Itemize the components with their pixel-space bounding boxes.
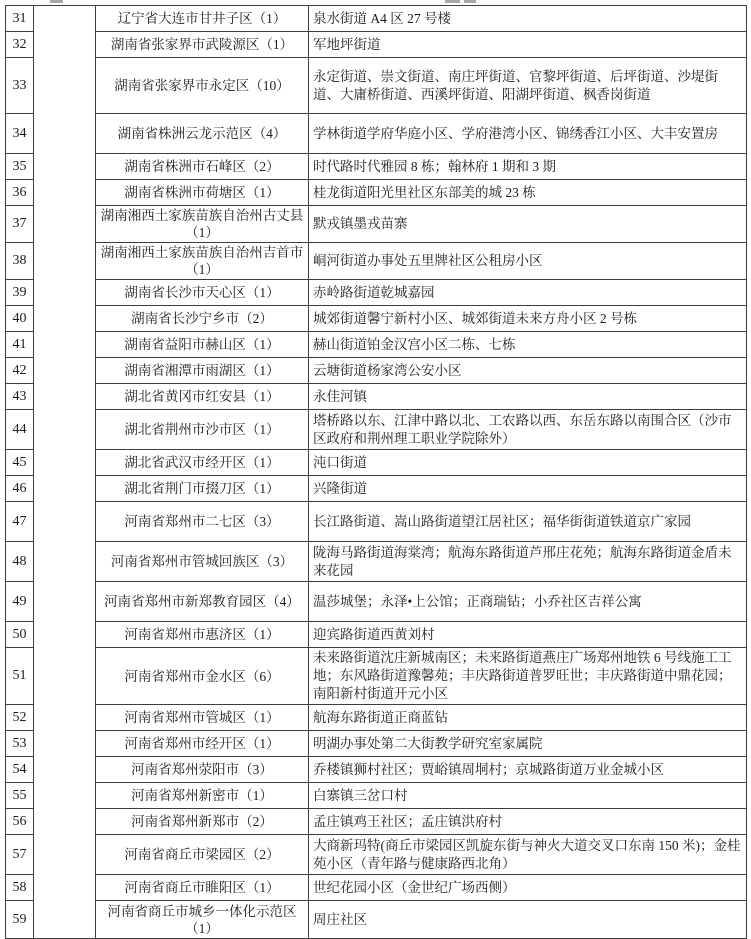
table-row: 47 河南省郑州市二七区（3） 长江路街道、嵩山路街道望江居社区；福华街街道铁道… bbox=[6, 502, 747, 542]
table-row: 39 湖南省长沙市天心区（1） 赤岭路街道乾城嘉园 bbox=[6, 280, 747, 306]
table-row: 48 河南省郑州市管城回族区（3） 陇海马路街道海棠湾；航海东路街道芦邢庄花苑；… bbox=[6, 542, 747, 582]
row-number: 43 bbox=[6, 384, 34, 410]
locations-cell: 时代路时代雅园 8 栋；翰林府 1 期和 3 期 bbox=[309, 154, 747, 180]
row-number: 53 bbox=[6, 731, 34, 757]
locations-cell: 云塘街道杨家湾公安小区 bbox=[309, 358, 747, 384]
row-number: 59 bbox=[6, 901, 34, 939]
region-cell: 河南省郑州市金水区（6） bbox=[96, 648, 309, 705]
locations-cell: 陇海马路街道海棠湾；航海东路街道芦邢庄花苑；航海东路街道金盾未来花园 bbox=[309, 542, 747, 582]
region-cell: 河南省郑州市管城回族区（3） bbox=[96, 542, 309, 582]
region-cell: 河南省商丘市梁园区（2） bbox=[96, 835, 309, 875]
locations-cell: 明湖办事处第二大街教学研究室家属院 bbox=[309, 731, 747, 757]
region-cell: 湖北省武汉市经开区（1） bbox=[96, 450, 309, 476]
table-row: 35 湖南省株洲市石峰区（2） 时代路时代雅园 8 栋；翰林府 1 期和 3 期 bbox=[6, 154, 747, 180]
table-row: 41 湖南省益阳市赫山区（1） 赫山街道铂金汉宫小区二栋、七栋 bbox=[6, 332, 747, 358]
row-number: 45 bbox=[6, 450, 34, 476]
table-row: 57 河南省商丘市梁园区（2） 大商新玛特(商丘市梁园区凯旋东街与神火大道交叉口… bbox=[6, 835, 747, 875]
table-row: 33 湖南省张家界市永定区（10） 永定街道、崇文街道、南庄坪街道、官黎坪街道、… bbox=[6, 58, 747, 114]
document-page: 31 辽宁省大连市甘井子区（1） 泉水街道 A4 区 27 号楼 32 湖南省张… bbox=[0, 0, 751, 929]
clipped-text-fragment bbox=[445, 0, 460, 3]
table-row: 59 河南省商丘市城乡一体化示范区（1） 周庄社区 bbox=[6, 901, 747, 939]
locations-cell: 未来路街道沈庄新城南区；未来路街道燕庄广场郑州地铁 6 号线施工工地；东风路街道… bbox=[309, 648, 747, 705]
region-cell: 辽宁省大连市甘井子区（1） bbox=[96, 6, 309, 32]
table-row: 54 河南省郑州荥阳市（3） 乔楼镇狮村社区；贾峪镇周垌村；京城路街道万业金城小… bbox=[6, 757, 747, 783]
row-number: 40 bbox=[6, 306, 34, 332]
table-row: 38 湖南湘西土家族苗族自治州吉首市（1） 峒河街道办事处五里牌社区公租房小区 bbox=[6, 243, 747, 280]
locations-cell: 世纪花园小区（金世纪广场西侧） bbox=[309, 875, 747, 901]
locations-cell: 白寨镇三岔口村 bbox=[309, 783, 747, 809]
table-row: 37 湖南湘西土家族苗族自治州古丈县（1） 默戎镇墨戎苗寨 bbox=[6, 206, 747, 243]
region-cell: 河南省郑州市惠济区（1） bbox=[96, 622, 309, 648]
locations-cell: 赫山街道铂金汉宫小区二栋、七栋 bbox=[309, 332, 747, 358]
locations-cell: 城郊街道馨宁新村小区、城郊街道未来方舟小区 2 号栋 bbox=[309, 306, 747, 332]
table-row: 43 湖北省黄冈市红安县（1） 永佳河镇 bbox=[6, 384, 747, 410]
locations-cell: 默戎镇墨戎苗寨 bbox=[309, 206, 747, 243]
region-cell: 河南省郑州市经开区（1） bbox=[96, 731, 309, 757]
locations-cell: 塔桥路以东、江津中路以北、工农路以西、东岳东路以南围合区（沙市区政府和荆州理工职… bbox=[309, 410, 747, 450]
region-cell: 河南省郑州荥阳市（3） bbox=[96, 757, 309, 783]
locations-cell: 孟庄镇鸡王社区；孟庄镇洪府村 bbox=[309, 809, 747, 835]
row-number: 55 bbox=[6, 783, 34, 809]
risk-area-table: 31 辽宁省大连市甘井子区（1） 泉水街道 A4 区 27 号楼 32 湖南省张… bbox=[5, 5, 747, 939]
table-row: 32 湖南省张家界市武陵源区（1） 军地坪街道 bbox=[6, 32, 747, 58]
row-number: 48 bbox=[6, 542, 34, 582]
spacer-column bbox=[34, 6, 96, 939]
table-row: 50 河南省郑州市惠济区（1） 迎宾路街道西黄刘村 bbox=[6, 622, 747, 648]
region-cell: 湖南湘西土家族苗族自治州吉首市（1） bbox=[96, 243, 309, 280]
locations-cell: 航海东路街道正商蓝钻 bbox=[309, 705, 747, 731]
row-number: 57 bbox=[6, 835, 34, 875]
row-number: 36 bbox=[6, 180, 34, 206]
row-number: 34 bbox=[6, 114, 34, 154]
row-number: 52 bbox=[6, 705, 34, 731]
row-number: 44 bbox=[6, 410, 34, 450]
locations-cell: 迎宾路街道西黄刘村 bbox=[309, 622, 747, 648]
locations-cell: 永定街道、崇文街道、南庄坪街道、官黎坪街道、后坪街道、沙堤街道、大庸桥街道、西溪… bbox=[309, 58, 747, 114]
row-number: 33 bbox=[6, 58, 34, 114]
region-cell: 湖南省长沙市天心区（1） bbox=[96, 280, 309, 306]
locations-cell: 大商新玛特(商丘市梁园区凯旋东街与神火大道交叉口东南 150 米)；金桂苑小区（… bbox=[309, 835, 747, 875]
region-cell: 河南省商丘市睢阳区（1） bbox=[96, 875, 309, 901]
table-row: 46 湖北省荆门市掇刀区（1） 兴隆街道 bbox=[6, 476, 747, 502]
table-row: 56 河南省郑州新郑市（2） 孟庄镇鸡王社区；孟庄镇洪府村 bbox=[6, 809, 747, 835]
locations-cell: 军地坪街道 bbox=[309, 32, 747, 58]
locations-cell: 周庄社区 bbox=[309, 901, 747, 939]
table-row: 31 辽宁省大连市甘井子区（1） 泉水街道 A4 区 27 号楼 bbox=[6, 6, 747, 32]
region-cell: 湖南省张家界市武陵源区（1） bbox=[96, 32, 309, 58]
table-row: 52 河南省郑州市管城区（1） 航海东路街道正商蓝钻 bbox=[6, 705, 747, 731]
region-cell: 湖北省荆州市沙市区（1） bbox=[96, 410, 309, 450]
table-row: 42 湖南省湘潭市雨湖区（1） 云塘街道杨家湾公安小区 bbox=[6, 358, 747, 384]
locations-cell: 学林街道学府华庭小区、学府港湾小区、锦绣香江小区、大丰安置房 bbox=[309, 114, 747, 154]
table-row: 45 湖北省武汉市经开区（1） 沌口街道 bbox=[6, 450, 747, 476]
row-number: 37 bbox=[6, 206, 34, 243]
clipped-text-fragment bbox=[50, 0, 63, 3]
region-cell: 河南省郑州新密市（1） bbox=[96, 783, 309, 809]
row-number: 39 bbox=[6, 280, 34, 306]
region-cell: 湖北省荆门市掇刀区（1） bbox=[96, 476, 309, 502]
row-number: 42 bbox=[6, 358, 34, 384]
region-cell: 湖南省株洲云龙示范区（4） bbox=[96, 114, 309, 154]
locations-cell: 乔楼镇狮村社区；贾峪镇周垌村；京城路街道万业金城小区 bbox=[309, 757, 747, 783]
region-cell: 河南省郑州市新郑教育园区（4） bbox=[96, 582, 309, 622]
table-row: 34 湖南省株洲云龙示范区（4） 学林街道学府华庭小区、学府港湾小区、锦绣香江小… bbox=[6, 114, 747, 154]
row-number: 38 bbox=[6, 243, 34, 280]
row-number: 50 bbox=[6, 622, 34, 648]
row-number: 49 bbox=[6, 582, 34, 622]
row-number: 31 bbox=[6, 6, 34, 32]
region-cell: 湖南省长沙宁乡市（2） bbox=[96, 306, 309, 332]
row-number: 51 bbox=[6, 648, 34, 705]
region-cell: 湖南省湘潭市雨湖区（1） bbox=[96, 358, 309, 384]
row-number: 32 bbox=[6, 32, 34, 58]
row-number: 35 bbox=[6, 154, 34, 180]
locations-cell: 泉水街道 A4 区 27 号楼 bbox=[309, 6, 747, 32]
row-number: 46 bbox=[6, 476, 34, 502]
row-number: 58 bbox=[6, 875, 34, 901]
table-row: 51 河南省郑州市金水区（6） 未来路街道沈庄新城南区；未来路街道燕庄广场郑州地… bbox=[6, 648, 747, 705]
locations-cell: 长江路街道、嵩山路街道望江居社区；福华街街道铁道京广家园 bbox=[309, 502, 747, 542]
row-number: 54 bbox=[6, 757, 34, 783]
locations-cell: 赤岭路街道乾城嘉园 bbox=[309, 280, 747, 306]
clipped-text-fragment bbox=[464, 0, 476, 3]
region-cell: 河南省商丘市城乡一体化示范区（1） bbox=[96, 901, 309, 939]
locations-cell: 峒河街道办事处五里牌社区公租房小区 bbox=[309, 243, 747, 280]
locations-cell: 温莎城堡；永泽•上公馆；正商瑞钻；小乔社区吉祥公寓 bbox=[309, 582, 747, 622]
locations-cell: 沌口街道 bbox=[309, 450, 747, 476]
region-cell: 湖北省黄冈市红安县（1） bbox=[96, 384, 309, 410]
region-cell: 湖南省株洲市石峰区（2） bbox=[96, 154, 309, 180]
region-cell: 湖南省益阳市赫山区（1） bbox=[96, 332, 309, 358]
table-row: 44 湖北省荆州市沙市区（1） 塔桥路以东、江津中路以北、工农路以西、东岳东路以… bbox=[6, 410, 747, 450]
region-cell: 湖南省张家界市永定区（10） bbox=[96, 58, 309, 114]
locations-cell: 桂龙街道阳光里社区东部美的城 23 栋 bbox=[309, 180, 747, 206]
row-number: 56 bbox=[6, 809, 34, 835]
region-cell: 河南省郑州新郑市（2） bbox=[96, 809, 309, 835]
table-row: 58 河南省商丘市睢阳区（1） 世纪花园小区（金世纪广场西侧） bbox=[6, 875, 747, 901]
table-row: 53 河南省郑州市经开区（1） 明湖办事处第二大街教学研究室家属院 bbox=[6, 731, 747, 757]
table-row: 40 湖南省长沙宁乡市（2） 城郊街道馨宁新村小区、城郊街道未来方舟小区 2 号… bbox=[6, 306, 747, 332]
region-cell: 湖南省株洲市荷塘区（1） bbox=[96, 180, 309, 206]
locations-cell: 兴隆街道 bbox=[309, 476, 747, 502]
table-row: 49 河南省郑州市新郑教育园区（4） 温莎城堡；永泽•上公馆；正商瑞钻；小乔社区… bbox=[6, 582, 747, 622]
locations-cell: 永佳河镇 bbox=[309, 384, 747, 410]
row-number: 47 bbox=[6, 502, 34, 542]
region-cell: 河南省郑州市管城区（1） bbox=[96, 705, 309, 731]
region-cell: 湖南湘西土家族苗族自治州古丈县（1） bbox=[96, 206, 309, 243]
table-row: 36 湖南省株洲市荷塘区（1） 桂龙街道阳光里社区东部美的城 23 栋 bbox=[6, 180, 747, 206]
region-cell: 河南省郑州市二七区（3） bbox=[96, 502, 309, 542]
row-number: 41 bbox=[6, 332, 34, 358]
table-row: 55 河南省郑州新密市（1） 白寨镇三岔口村 bbox=[6, 783, 747, 809]
